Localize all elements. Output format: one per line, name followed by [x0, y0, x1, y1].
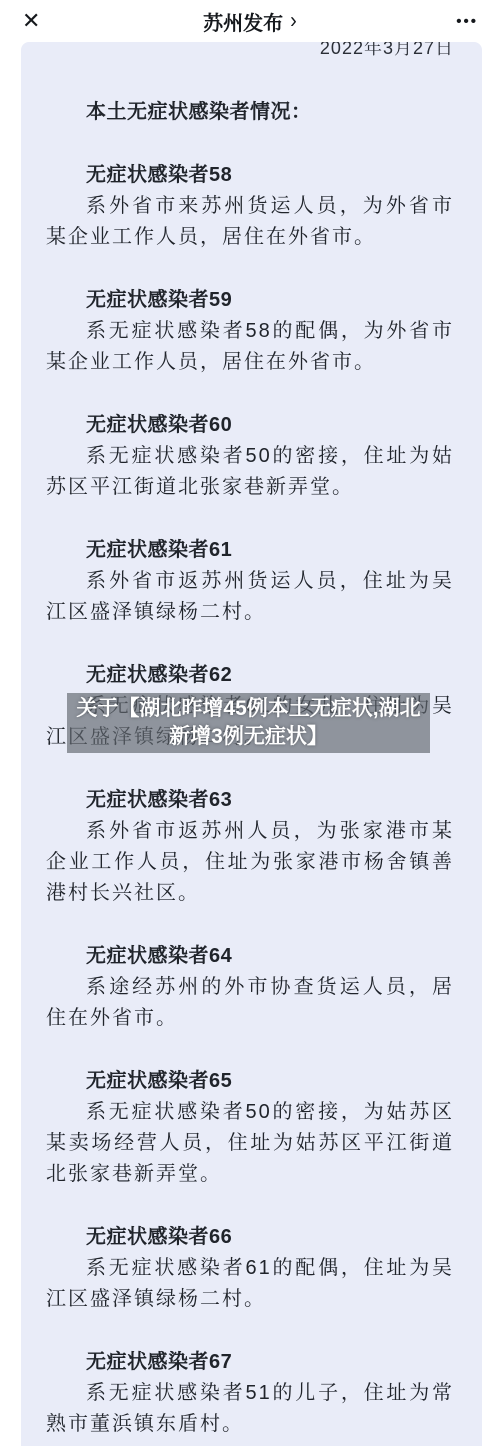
chevron-right-icon: ›: [290, 8, 297, 33]
account-name: 苏州发布: [203, 7, 283, 36]
article-date: 2022年3月27日: [46, 42, 454, 61]
intro-heading: 本土无症状感染者情况：: [46, 97, 454, 128]
case-body: 系外省市来苏州货运人员，为外省市某企业工作人员，居住在外省市。: [46, 191, 454, 253]
case-title: 无症状感染者58: [46, 160, 454, 191]
close-icon[interactable]: ✕: [22, 10, 52, 32]
case-body: 系无症状感染者58的配偶，为外省市某企业工作人员，居住在外省市。: [46, 316, 454, 378]
caption-overlay-text: 关于【湖北昨增45例本土无症状,湖北新增3例无症状】: [75, 695, 422, 751]
case-title: 无症状感染者67: [46, 1347, 454, 1378]
case-title: 无症状感染者64: [46, 941, 454, 972]
case-section-59: 无症状感染者59 系无症状感染者58的配偶，为外省市某企业工作人员，居住在外省市…: [46, 285, 454, 378]
case-section-60: 无症状感染者60 系无症状感染者50的密接，住址为姑苏区平江街道北张家巷新弄堂。: [46, 410, 454, 503]
case-title: 无症状感染者59: [46, 285, 454, 316]
case-body: 系途经苏州的外市协查货运人员，居住在外省市。: [46, 972, 454, 1034]
case-section-63: 无症状感染者63 系外省市返苏州人员，为张家港市某企业工作人员，住址为张家港市杨…: [46, 785, 454, 909]
case-section-58: 无症状感染者58 系外省市来苏州货运人员，为外省市某企业工作人员，居住在外省市。: [46, 160, 454, 253]
case-title: 无症状感染者65: [46, 1066, 454, 1097]
page: ✕ 苏州发布 › ••• 2022年3月27日 本土无症状感染者情况： 无症状感…: [0, 0, 500, 1446]
case-body: 系外省市返苏州人员，为张家港市某企业工作人员，住址为张家港市杨舍镇善港村长兴社区…: [46, 816, 454, 909]
navbar: ✕ 苏州发布 › •••: [0, 0, 500, 42]
case-section-66: 无症状感染者66 系无症状感染者61的配偶，住址为吴江区盛泽镇绿杨二村。: [46, 1222, 454, 1315]
case-title: 无症状感染者60: [46, 410, 454, 441]
case-section-65: 无症状感染者65 系无症状感染者50的密接，为姑苏区某卖场经营人员，住址为姑苏区…: [46, 1066, 454, 1190]
case-title: 无症状感染者66: [46, 1222, 454, 1253]
case-body: 系无症状感染者61的配偶，住址为吴江区盛泽镇绿杨二村。: [46, 1253, 454, 1315]
case-section-61: 无症状感染者61 系外省市返苏州货运人员，住址为吴江区盛泽镇绿杨二村。: [46, 535, 454, 628]
case-section-64: 无症状感染者64 系途经苏州的外市协查货运人员，居住在外省市。: [46, 941, 454, 1034]
case-title: 无症状感染者62: [46, 660, 454, 691]
caption-overlay: 关于【湖北昨增45例本土无症状,湖北新增3例无症状】: [67, 693, 430, 753]
page-title[interactable]: 苏州发布 ›: [0, 0, 500, 42]
case-title: 无症状感染者61: [46, 535, 454, 566]
case-body: 系无症状感染者51的儿子，住址为常熟市董浜镇东盾村。: [46, 1378, 454, 1440]
case-body: 系无症状感染者50的密接，住址为姑苏区平江街道北张家巷新弄堂。: [46, 441, 454, 503]
case-body: 系外省市返苏州货运人员，住址为吴江区盛泽镇绿杨二村。: [46, 566, 454, 628]
case-title: 无症状感染者63: [46, 785, 454, 816]
case-body: 系无症状感染者50的密接，为姑苏区某卖场经营人员，住址为姑苏区平江街道北张家巷新…: [46, 1097, 454, 1190]
more-menu-icon[interactable]: •••: [444, 14, 478, 29]
case-section-67: 无症状感染者67 系无症状感染者51的儿子，住址为常熟市董浜镇东盾村。: [46, 1347, 454, 1440]
